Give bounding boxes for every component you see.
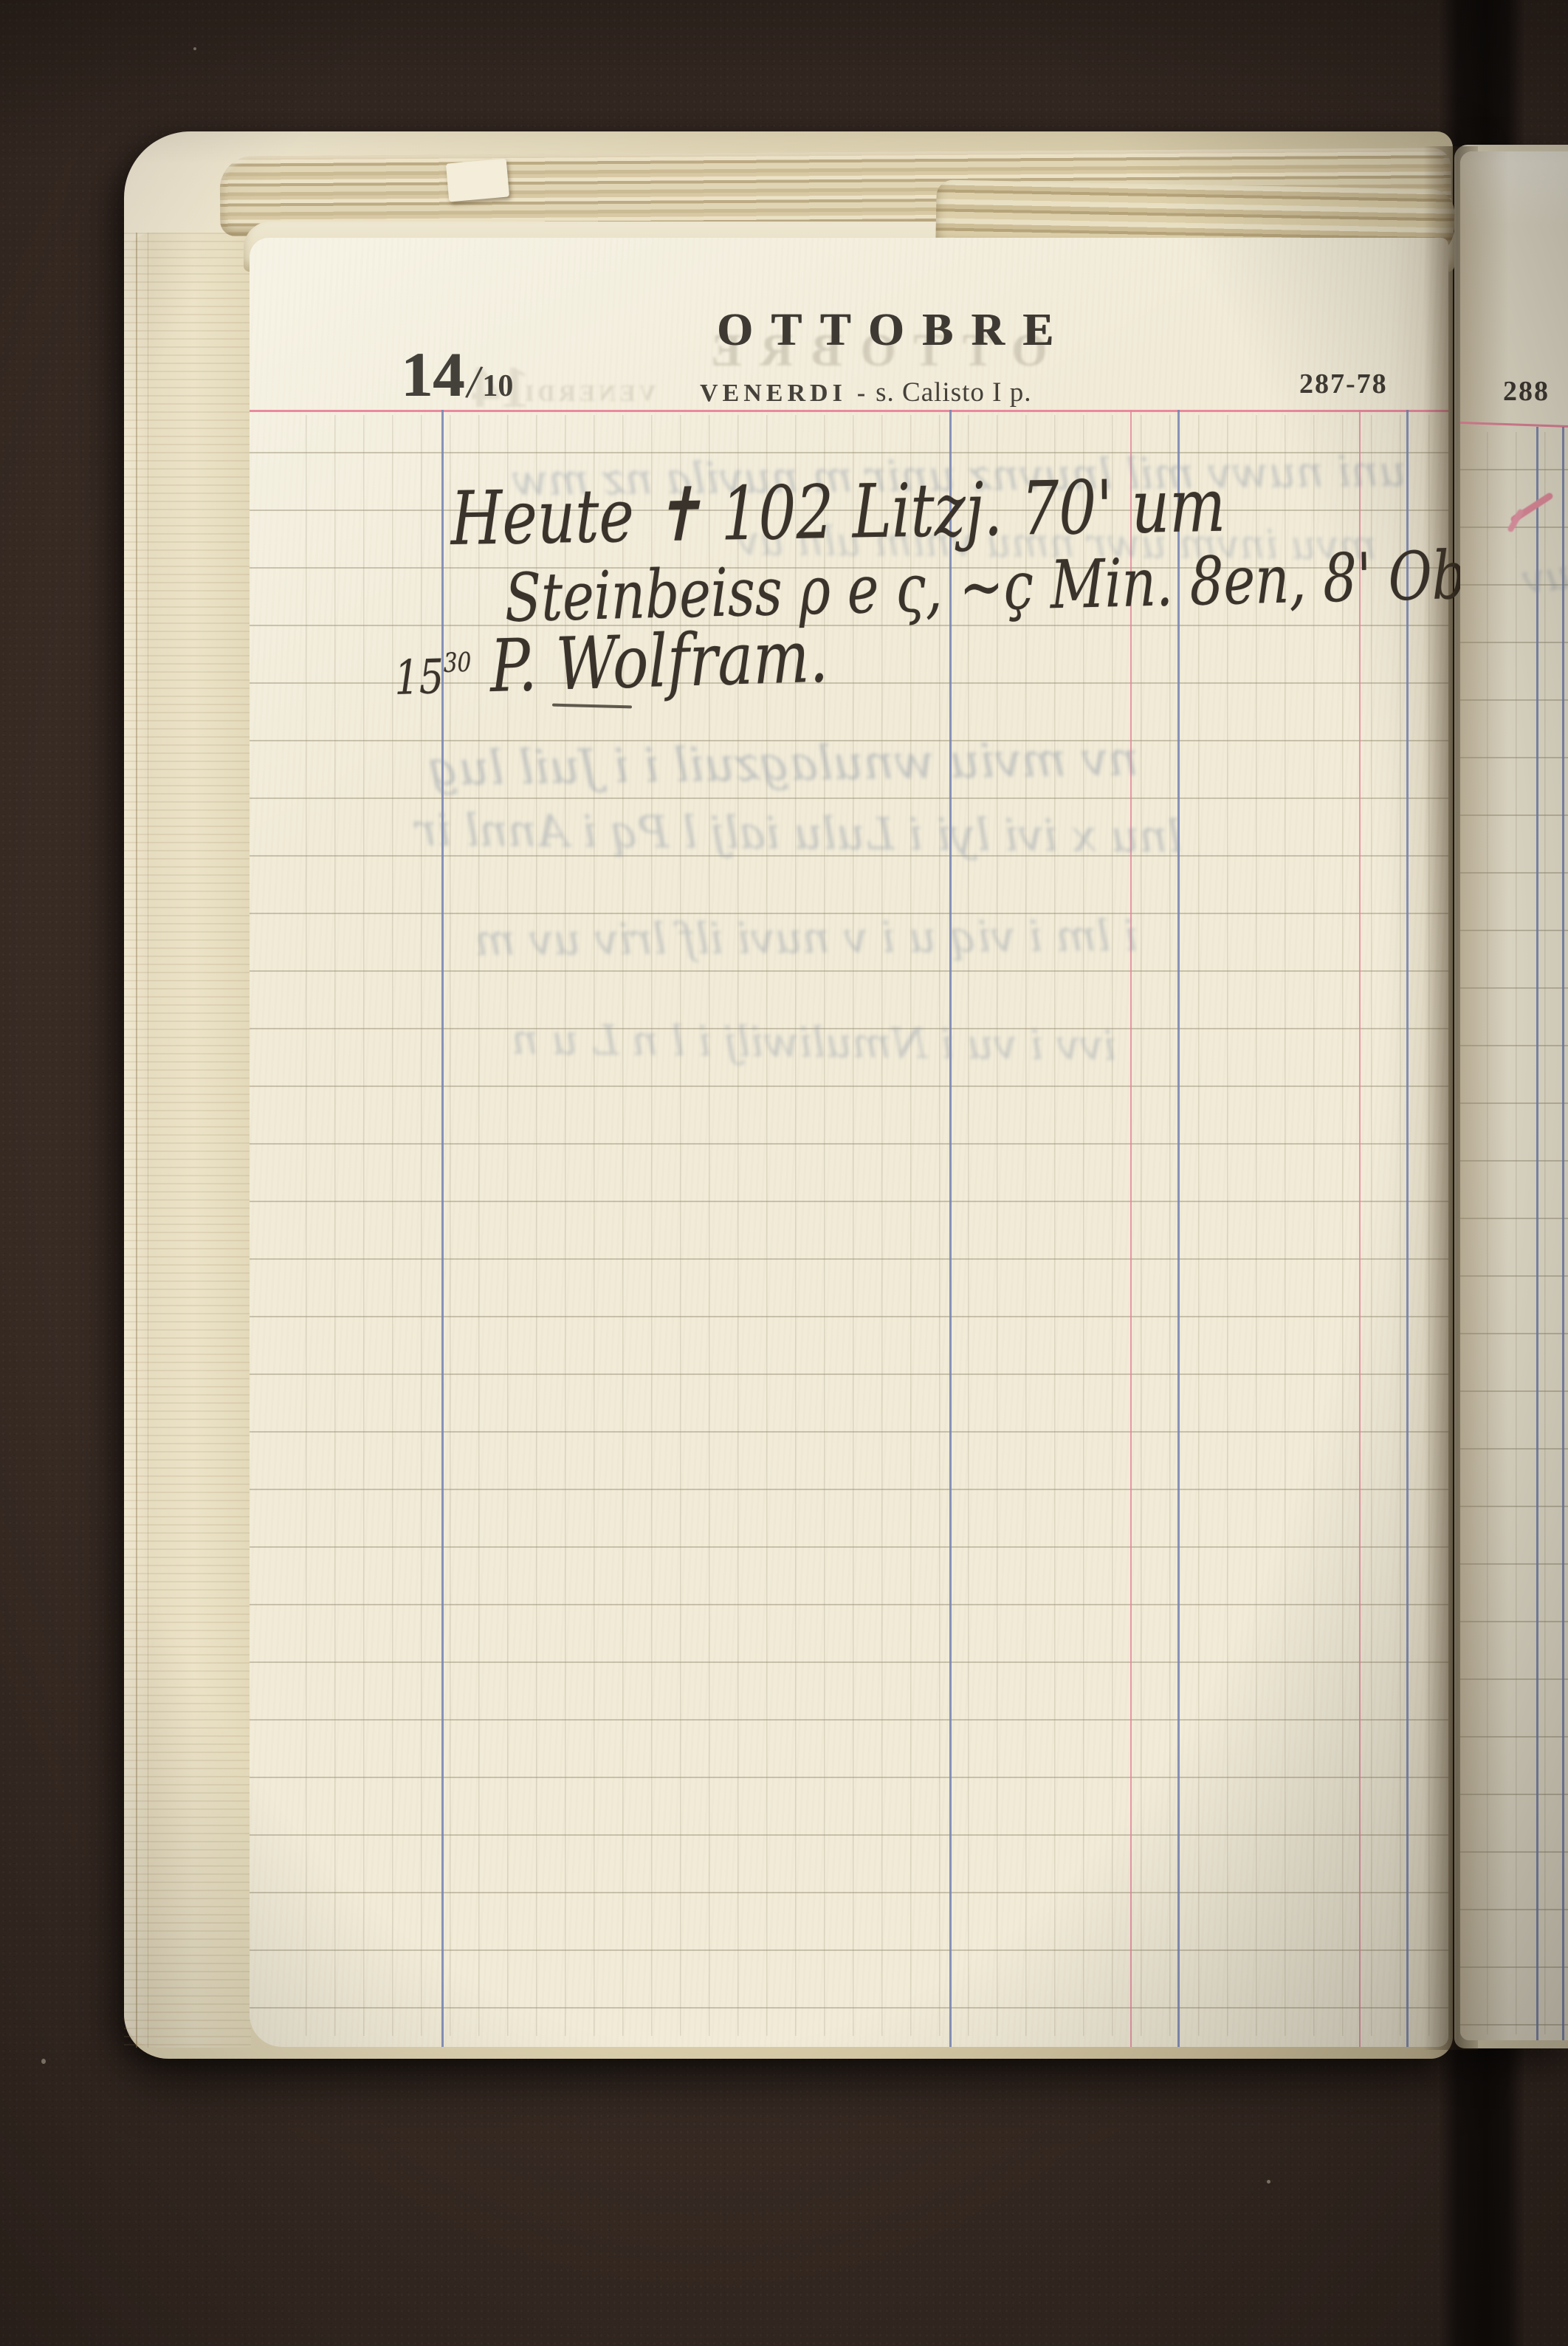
weekday-name: VENERDI	[700, 380, 847, 408]
weekday-separator: -	[857, 380, 865, 408]
pink-margin-line-2	[1359, 410, 1361, 2047]
header-pink-rule	[250, 410, 1448, 412]
entry-3-text: P. Wolfram.	[489, 614, 829, 709]
right-page-bleedthrough-scribble: uv	[1519, 551, 1568, 603]
bleedthrough-line: i lm i viq u i v nuvi ilf lriv uv m	[475, 910, 1138, 965]
dust-speck	[41, 2059, 46, 2064]
pink-margin-line-1	[1130, 410, 1132, 2047]
dust-speck	[1267, 2180, 1270, 2184]
blue-margin-line-2	[949, 410, 952, 2047]
entry-3-time: 15	[394, 650, 444, 706]
right-blue-margin-line-2	[1562, 427, 1564, 2040]
bleedthrough-line: lnu x ivi lyi i Lulu ialj l Pq i Annl ir	[416, 804, 1182, 862]
torn-paper-tab	[446, 159, 509, 202]
day-month-fraction: 10	[482, 374, 513, 399]
day-number-block: 14 / 10	[401, 350, 513, 399]
dust-speck	[193, 47, 196, 50]
saint-day: s. Calisto I p.	[876, 377, 1031, 408]
left-fore-edge-page-stack	[124, 233, 251, 2048]
diary-right-page-sliver: 288 uv	[1460, 151, 1568, 2040]
bleedthrough-line: ivv i vu i Nmuliwilj i l n L u n	[512, 1016, 1117, 1071]
month-title: OTTOBRE	[717, 304, 1072, 357]
right-page-number: 288	[1503, 375, 1550, 408]
handwritten-entry-3: 1530 P. Wolfram.	[393, 614, 829, 711]
blue-margin-line-4	[1406, 410, 1409, 2047]
right-blue-margin-line-1	[1536, 427, 1538, 2040]
weekday-saint-line: VENERDI - s. Calisto I p.	[700, 377, 1031, 408]
bleedthrough-line: nv mviu wnulagzuil i i Juil lug	[428, 732, 1139, 796]
day-slash: /	[465, 365, 484, 400]
photo-of-open-diary: OTTOBRE 14 VENERDI OTTOBRE 14 / 10 VENER…	[0, 0, 1568, 2346]
diary-left-page: OTTOBRE 14 VENERDI OTTOBRE 14 / 10 VENER…	[250, 238, 1448, 2047]
day-number: 14	[401, 350, 464, 399]
blue-margin-line-3	[1177, 410, 1180, 2047]
weekday-showthrough-ghost: VENERDI	[521, 380, 656, 407]
entry-3-time-superscript: 30	[443, 648, 471, 679]
left-page-number: 287-78	[1299, 368, 1388, 400]
right-faint-columns	[1487, 432, 1568, 2034]
